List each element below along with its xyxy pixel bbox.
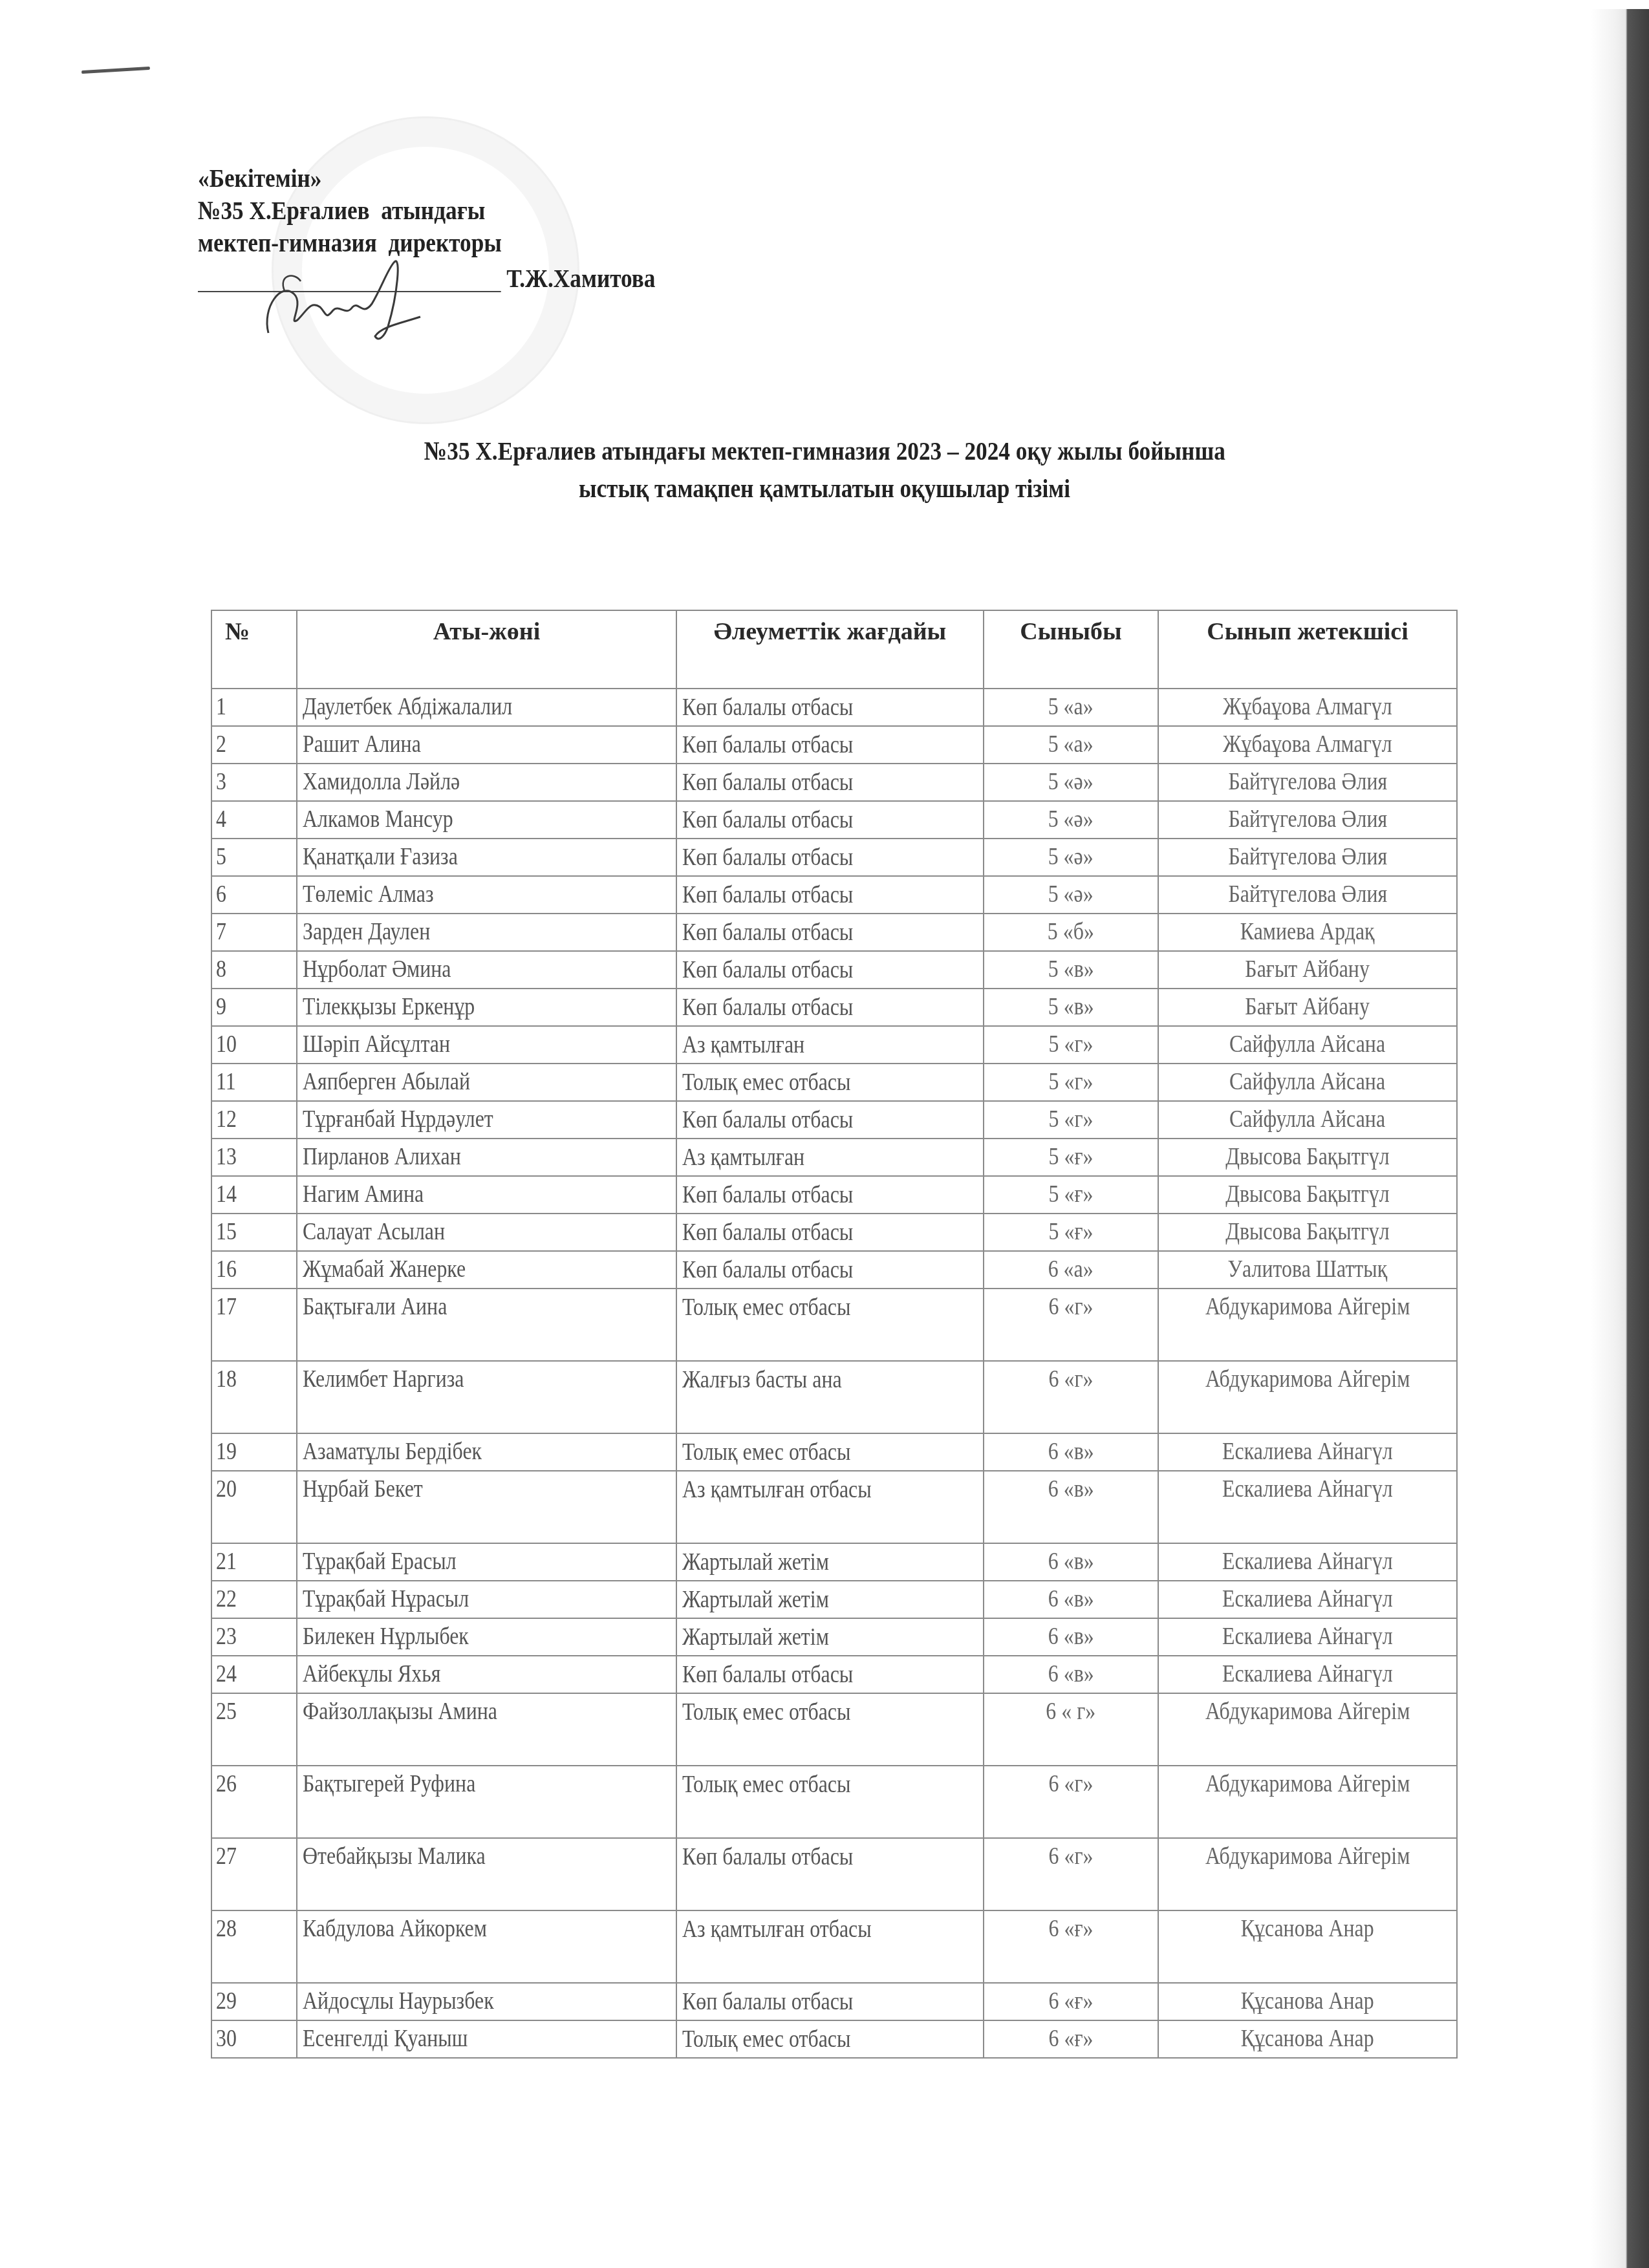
row-number-cell: 18 (211, 1361, 297, 1433)
social-status: Аз қамтылған отбасы (682, 1911, 872, 1947)
class-teacher: Абдукаримова Айгерім (1205, 1694, 1410, 1729)
student-name-cell: Алкамов Мансур (297, 801, 676, 839)
student-name-cell: Аяпберген Абылай (297, 1064, 676, 1101)
row-number: 15 (216, 1214, 237, 1249)
social-status: Толық емес отбасы (682, 1766, 850, 1803)
student-name: Бақтығали Аина (303, 1289, 447, 1324)
row-number-cell: 20 (211, 1471, 297, 1543)
table-row: 7Зарден ДауленКөп балалы отбасы5 «б»Ками… (211, 914, 1457, 951)
row-number-cell: 13 (211, 1139, 297, 1176)
student-name-cell: Пирланов Алихан (297, 1139, 676, 1176)
row-number-cell: 1 (211, 689, 297, 726)
student-name: Билекен Нұрлыбек (303, 1619, 469, 1654)
social-status-cell: Көп балалы отбасы (676, 801, 984, 839)
header-name: Аты-жөні (297, 610, 676, 689)
class-teacher: Жұбаұова Алмагүл (1223, 689, 1392, 724)
table-row: 2Рашит АлинаКөп балалы отбасы5 «а»Жұбаұо… (211, 726, 1457, 764)
class-teacher-cell: Ескалиева Айнагүл (1158, 1471, 1457, 1543)
row-number: 14 (216, 1177, 237, 1212)
social-status-cell: Көп балалы отбасы (676, 914, 984, 951)
class-name: 5 «г» (1049, 1027, 1094, 1062)
class-teacher: Абдукаримова Айгерім (1205, 1289, 1410, 1324)
document-title: №35 Х.Ерғалиев атындағы мектеп-гимназия … (0, 432, 1649, 507)
social-status: Аз қамтылған (682, 1027, 804, 1063)
table-row: 29Айдосұлы НаурызбекКөп балалы отбасы6 «… (211, 1983, 1457, 2020)
class-teacher-cell: Абдукаримова Айгерім (1158, 1693, 1457, 1766)
class-teacher-cell: Двысова Бақытгүл (1158, 1176, 1457, 1214)
table-row: 20Нұрбай БекетАз қамтылған отбасы6 «в»Ес… (211, 1471, 1457, 1543)
row-number: 13 (216, 1139, 237, 1174)
social-status: Көп балалы отбасы (682, 764, 853, 800)
class-name: 5 «г» (1049, 1102, 1094, 1137)
student-name-cell: Бақтыгерей Руфина (297, 1766, 676, 1838)
class-teacher-cell: Құсанова Анар (1158, 2020, 1457, 2058)
social-status-cell: Аз қамтылған (676, 1139, 984, 1176)
class-teacher-cell: Бағыт Айбану (1158, 989, 1457, 1026)
social-status-cell: Көп балалы отбасы (676, 764, 984, 801)
row-number: 28 (216, 1911, 237, 1946)
row-number: 23 (216, 1619, 237, 1654)
class-name-cell: 5 «ғ» (984, 1214, 1158, 1251)
class-name: 6 «ғ» (1049, 2021, 1094, 2056)
class-teacher-cell: Жұбаұова Алмагүл (1158, 689, 1457, 726)
class-teacher-cell: Сайфулла Айсана (1158, 1064, 1457, 1101)
social-status: Көп балалы отбасы (682, 914, 853, 950)
class-name-cell: 6 «в» (984, 1433, 1158, 1471)
table-row: 16Жұмабай ЖанеркеКөп балалы отбасы6 «а»У… (211, 1251, 1457, 1289)
row-number-cell: 6 (211, 876, 297, 914)
social-status-cell: Жартылай жетім (676, 1543, 984, 1581)
student-name-cell: Зарден Даулен (297, 914, 676, 951)
row-number-cell: 11 (211, 1064, 297, 1101)
student-name: Салауат Асылан (303, 1214, 445, 1249)
table-body: 1Даулетбек АбдіжалалилКөп балалы отбасы5… (211, 689, 1457, 2058)
table-row: 13Пирланов АлиханАз қамтылған5 «ғ»Двысов… (211, 1139, 1457, 1176)
row-number: 17 (216, 1289, 237, 1324)
row-number-cell: 5 (211, 839, 297, 876)
student-name-cell: Шәріп Айсұлтан (297, 1026, 676, 1064)
class-teacher: Сайфулла Айсана (1229, 1064, 1385, 1099)
social-status: Жартылай жетім (682, 1581, 829, 1618)
student-name-cell: Нұрболат Әмина (297, 951, 676, 989)
row-number: 24 (216, 1656, 237, 1691)
student-name: Өтебайқызы Малика (303, 1839, 486, 1874)
class-name: 6 «в» (1048, 1656, 1094, 1691)
social-status: Көп балалы отбасы (682, 1656, 853, 1693)
row-number: 2 (216, 727, 226, 762)
class-name: 5 «а» (1048, 689, 1094, 724)
row-number-cell: 25 (211, 1693, 297, 1766)
class-teacher-cell: Абдукаримова Айгерім (1158, 1289, 1457, 1361)
class-name: 5 «ғ» (1049, 1214, 1094, 1249)
social-status: Көп балалы отбасы (682, 802, 853, 838)
class-teacher: Құсанова Анар (1241, 1984, 1374, 2018)
student-name-cell: Қанатқали Ғазиза (297, 839, 676, 876)
table-row: 6Төлеміс АлмазКөп балалы отбасы5 «ә»Байт… (211, 876, 1457, 914)
class-name: 5 «б» (1048, 914, 1094, 949)
class-teacher: Ескалиева Айнагүл (1222, 1581, 1392, 1616)
class-teacher-cell: Бағыт Айбану (1158, 951, 1457, 989)
class-name-cell: 5 «ә» (984, 876, 1158, 914)
class-name-cell: 5 «г» (984, 1026, 1158, 1064)
row-number-cell: 7 (211, 914, 297, 951)
class-teacher: Байтүгелова Әлия (1228, 877, 1387, 912)
social-status-cell: Көп балалы отбасы (676, 951, 984, 989)
row-number: 22 (216, 1581, 237, 1616)
class-name: 5 «в» (1048, 989, 1094, 1024)
class-name: 5 «ғ» (1049, 1139, 1094, 1174)
social-status-cell: Жартылай жетім (676, 1581, 984, 1618)
social-status: Толық емес отбасы (682, 1434, 850, 1470)
row-number: 3 (216, 764, 226, 799)
social-status: Жартылай жетім (682, 1544, 829, 1580)
header-number: № (211, 610, 297, 689)
class-name-cell: 6 «в» (984, 1471, 1158, 1543)
class-teacher-cell: Құсанова Анар (1158, 1983, 1457, 2020)
student-name-cell: Кабдулова Айкоркем (297, 1910, 676, 1983)
row-number-cell: 12 (211, 1101, 297, 1139)
class-teacher: Двысова Бақытгүл (1225, 1139, 1390, 1174)
student-name-cell: Тұрақбай Нұрасыл (297, 1581, 676, 1618)
row-number-cell: 4 (211, 801, 297, 839)
class-teacher-cell: Сайфулла Айсана (1158, 1026, 1457, 1064)
class-name-cell: 6 «г» (984, 1766, 1158, 1838)
class-teacher: Абдукаримова Айгерім (1205, 1839, 1410, 1874)
class-teacher-cell: Ескалиева Айнагүл (1158, 1433, 1457, 1471)
class-name-cell: 6 «в» (984, 1581, 1158, 1618)
social-status-cell: Аз қамтылған (676, 1026, 984, 1064)
student-name: Алкамов Мансур (303, 802, 453, 837)
table-row: 19Азаматұлы БердібекТолық емес отбасы6 «… (211, 1433, 1457, 1471)
social-status-cell: Көп балалы отбасы (676, 839, 984, 876)
row-number: 27 (216, 1839, 237, 1874)
row-number-cell: 2 (211, 726, 297, 764)
student-name-cell: Тұрғанбай Нұрдәулет (297, 1101, 676, 1139)
table-row: 14Нагим АминаКөп балалы отбасы5 «ғ»Двысо… (211, 1176, 1457, 1214)
social-status: Көп балалы отбасы (682, 1984, 853, 2020)
table-row: 17Бақтығали АинаТолық емес отбасы6 «г»Аб… (211, 1289, 1457, 1361)
student-name-cell: Нагим Амина (297, 1176, 676, 1214)
social-status: Көп балалы отбасы (682, 689, 853, 725)
student-name-cell: Билекен Нұрлыбек (297, 1618, 676, 1656)
table-row: 4Алкамов МансурКөп балалы отбасы5 «ә»Бай… (211, 801, 1457, 839)
class-name: 5 «ғ» (1049, 1177, 1094, 1212)
social-status-cell: Көп балалы отбасы (676, 989, 984, 1026)
row-number-cell: 29 (211, 1983, 297, 2020)
social-status: Аз қамтылған отбасы (682, 1471, 872, 1508)
student-name: Есенгелді Қуаныш (303, 2021, 468, 2056)
class-name-cell: 5 «ә» (984, 801, 1158, 839)
class-name: 6 «в» (1048, 1544, 1094, 1579)
table-row: 11Аяпберген АбылайТолық емес отбасы5 «г»… (211, 1064, 1457, 1101)
class-name-cell: 6 «а» (984, 1251, 1158, 1289)
student-name-cell: Даулетбек Абдіжалалил (297, 689, 676, 726)
table-header-row: № Аты-жөні Әлеуметтік жағдайы Сыныбы Сын… (211, 610, 1457, 689)
student-name: Аяпберген Абылай (303, 1064, 470, 1099)
class-teacher: Ескалиева Айнагүл (1222, 1471, 1392, 1506)
social-status-cell: Аз қамтылған отбасы (676, 1471, 984, 1543)
table-row: 3Хамидолла ЛәйләКөп балалы отбасы5 «ә»Ба… (211, 764, 1457, 801)
table-row: 23Билекен НұрлыбекЖартылай жетім6 «в»Еск… (211, 1618, 1457, 1656)
student-name: Бақтыгерей Руфина (303, 1766, 475, 1801)
class-teacher-cell: Ескалиева Айнагүл (1158, 1543, 1457, 1581)
class-teacher: Камиева Ардақ (1240, 914, 1375, 949)
row-number-cell: 19 (211, 1433, 297, 1471)
class-name-cell: 6 «г» (984, 1361, 1158, 1433)
row-number: 18 (216, 1362, 237, 1396)
social-status: Толық емес отбасы (682, 2021, 850, 2057)
social-status: Көп балалы отбасы (682, 989, 853, 1025)
class-teacher: Сайфулла Айсана (1229, 1102, 1385, 1137)
social-status: Толық емес отбасы (682, 1694, 850, 1730)
social-status-cell: Көп балалы отбасы (676, 1251, 984, 1289)
class-name-cell: 6 «в» (984, 1618, 1158, 1656)
social-status-cell: Толық емес отбасы (676, 1693, 984, 1766)
social-status-cell: Жартылай жетім (676, 1618, 984, 1656)
social-status-cell: Толық емес отбасы (676, 1433, 984, 1471)
class-teacher: Ескалиева Айнагүл (1222, 1544, 1392, 1579)
class-teacher-cell: Байтүгелова Әлия (1158, 801, 1457, 839)
row-number: 10 (216, 1027, 237, 1062)
class-teacher: Ескалиева Айнагүл (1222, 1434, 1392, 1469)
class-name-cell: 5 «б» (984, 914, 1158, 951)
row-number: 29 (216, 1984, 237, 2018)
class-name-cell: 5 «в» (984, 951, 1158, 989)
class-teacher-cell: Двысова Бақытгүл (1158, 1214, 1457, 1251)
student-name: Даулетбек Абдіжалалил (303, 689, 512, 724)
class-name: 5 «ә» (1048, 877, 1094, 912)
class-name: 5 «в» (1048, 952, 1094, 987)
class-teacher: Сайфулла Айсана (1229, 1027, 1385, 1062)
class-teacher-cell: Байтүгелова Әлия (1158, 839, 1457, 876)
class-name-cell: 5 «ә» (984, 839, 1158, 876)
class-teacher-cell: Абдукаримова Айгерім (1158, 1838, 1457, 1910)
header-social-status: Әлеуметтік жағдайы (676, 610, 984, 689)
class-teacher: Двысова Бақытгүл (1225, 1214, 1390, 1249)
student-name: Нұрбай Бекет (303, 1471, 423, 1506)
student-name-cell: Есенгелді Қуаныш (297, 2020, 676, 2058)
row-number: 8 (216, 952, 226, 987)
class-teacher-cell: Сайфулла Айсана (1158, 1101, 1457, 1139)
social-status-cell: Толық емес отбасы (676, 1289, 984, 1361)
student-name-cell: Келимбет Наргиза (297, 1361, 676, 1433)
class-name: 6 «г» (1049, 1289, 1094, 1324)
class-name: 5 «г» (1049, 1064, 1094, 1099)
social-status-cell: Көп балалы отбасы (676, 1983, 984, 2020)
table-row: 24Айбекұлы ЯхьяКөп балалы отбасы6 «в»Еск… (211, 1656, 1457, 1693)
social-status: Көп балалы отбасы (682, 1102, 853, 1138)
social-status: Көп балалы отбасы (682, 1214, 853, 1250)
row-number-cell: 8 (211, 951, 297, 989)
table-row: 22Тұрақбай НұрасылЖартылай жетім6 «в»Еск… (211, 1581, 1457, 1618)
class-teacher-cell: Уалитова Шаттық (1158, 1251, 1457, 1289)
row-number: 1 (216, 689, 226, 724)
student-name: Рашит Алина (303, 727, 421, 762)
class-teacher-cell: Байтүгелова Әлия (1158, 764, 1457, 801)
social-status: Аз қамтылған (682, 1139, 804, 1175)
class-name: 6 «ғ» (1049, 1911, 1094, 1946)
approval-position: мектеп-гимназия директоры (198, 226, 502, 259)
class-teacher: Бағыт Айбану (1245, 989, 1370, 1024)
row-number-cell: 30 (211, 2020, 297, 2058)
social-status-cell: Толық емес отбасы (676, 1766, 984, 1838)
table-row: 10Шәріп АйсұлтанАз қамтылған5 «г»Сайфулл… (211, 1026, 1457, 1064)
class-name: 6 «ғ» (1049, 1984, 1094, 2018)
class-teacher-cell: Абдукаримова Айгерім (1158, 1766, 1457, 1838)
pen-mark (81, 67, 150, 74)
social-status-cell: Көп балалы отбасы (676, 1838, 984, 1910)
class-teacher-cell: Байтүгелова Әлия (1158, 876, 1457, 914)
row-number-cell: 23 (211, 1618, 297, 1656)
row-number-cell: 27 (211, 1838, 297, 1910)
row-number: 26 (216, 1766, 237, 1801)
class-teacher: Бағыт Айбану (1245, 952, 1370, 987)
social-status-cell: Көп балалы отбасы (676, 1101, 984, 1139)
class-teacher-cell: Құсанова Анар (1158, 1910, 1457, 1983)
social-status: Көп балалы отбасы (682, 952, 853, 988)
row-number-cell: 16 (211, 1251, 297, 1289)
approval-school: №35 Х.Ерғалиев атындағы (198, 194, 502, 226)
class-teacher: Двысова Бақытгүл (1225, 1177, 1390, 1212)
class-teacher: Ескалиева Айнагүл (1222, 1656, 1392, 1691)
row-number: 11 (216, 1064, 236, 1099)
row-number: 12 (216, 1102, 237, 1137)
row-number: 6 (216, 877, 226, 912)
social-status: Көп балалы отбасы (682, 839, 853, 875)
class-name-cell: 5 «в» (984, 989, 1158, 1026)
social-status-cell: Көп балалы отбасы (676, 726, 984, 764)
class-teacher: Абдукаримова Айгерім (1205, 1362, 1410, 1396)
row-number: 16 (216, 1252, 237, 1287)
class-name: 5 «а» (1048, 727, 1094, 762)
table-row: 12Тұрғанбай НұрдәулетКөп балалы отбасы5 … (211, 1101, 1457, 1139)
student-name: Кабдулова Айкоркем (303, 1911, 487, 1946)
class-name: 6 «в» (1048, 1581, 1094, 1616)
student-name: Нұрболат Әмина (303, 952, 451, 987)
class-teacher: Жұбаұова Алмагүл (1223, 727, 1392, 762)
student-name-cell: Тұрақбай Ерасыл (297, 1543, 676, 1581)
class-teacher-cell: Ескалиева Айнагүл (1158, 1618, 1457, 1656)
row-number-cell: 28 (211, 1910, 297, 1983)
row-number: 25 (216, 1694, 237, 1729)
row-number-cell: 21 (211, 1543, 297, 1581)
row-number-cell: 24 (211, 1656, 297, 1693)
student-name: Жұмабай Жанерке (303, 1252, 466, 1287)
social-status: Көп балалы отбасы (682, 727, 853, 763)
social-status: Жалғыз басты ана (682, 1362, 842, 1398)
class-name: 6 «в» (1048, 1434, 1094, 1469)
student-name: Хамидолла Ләйлә (303, 764, 460, 799)
social-status: Көп балалы отбасы (682, 1177, 853, 1213)
row-number-cell: 9 (211, 989, 297, 1026)
scan-edge-shadow (1591, 9, 1649, 2268)
class-name-cell: 6 «в» (984, 1656, 1158, 1693)
class-name: 6 «а» (1048, 1252, 1094, 1287)
table-row: 21Тұрақбай ЕрасылЖартылай жетім6 «в»Еска… (211, 1543, 1457, 1581)
social-status: Толық емес отбасы (682, 1289, 850, 1325)
table-row: 27Өтебайқызы МаликаКөп балалы отбасы6 «г… (211, 1838, 1457, 1910)
social-status-cell: Аз қамтылған отбасы (676, 1910, 984, 1983)
social-status-cell: Жалғыз басты ана (676, 1361, 984, 1433)
student-name-cell: Тілекқызы Еркенұр (297, 989, 676, 1026)
student-name-cell: Айбекұлы Яхья (297, 1656, 676, 1693)
social-status: Көп балалы отбасы (682, 1839, 853, 1875)
table-row: 9Тілекқызы ЕркенұрКөп балалы отбасы5 «в»… (211, 989, 1457, 1026)
social-status: Толық емес отбасы (682, 1064, 850, 1100)
signature-icon (249, 255, 424, 346)
student-name: Пирланов Алихан (303, 1139, 461, 1174)
students-table: № Аты-жөні Әлеуметтік жағдайы Сыныбы Сын… (211, 610, 1458, 2059)
student-name: Айбекұлы Яхья (303, 1656, 440, 1691)
social-status: Көп балалы отбасы (682, 877, 853, 913)
social-status-cell: Көп балалы отбасы (676, 1656, 984, 1693)
class-name-cell: 5 «г» (984, 1064, 1158, 1101)
table-row: 15Салауат АсыланКөп балалы отбасы5 «ғ»Дв… (211, 1214, 1457, 1251)
class-teacher: Байтүгелова Әлия (1228, 764, 1387, 799)
row-number-cell: 14 (211, 1176, 297, 1214)
student-name: Төлеміс Алмаз (303, 877, 434, 912)
row-number-cell: 3 (211, 764, 297, 801)
class-name-cell: 5 «а» (984, 726, 1158, 764)
student-name: Тілекқызы Еркенұр (303, 989, 475, 1024)
class-name-cell: 5 «ғ» (984, 1139, 1158, 1176)
class-teacher: Байтүгелова Әлия (1228, 802, 1387, 837)
class-name-cell: 6 «ғ» (984, 2020, 1158, 2058)
student-name: Файзоллақызы Амина (303, 1694, 497, 1729)
class-name: 6 « г» (1046, 1694, 1096, 1729)
header-class-teacher: Сынып жетекшісі (1158, 610, 1457, 689)
class-name: 5 «ә» (1048, 764, 1094, 799)
student-name: Шәріп Айсұлтан (303, 1027, 450, 1062)
class-name-cell: 5 «ә» (984, 764, 1158, 801)
student-name: Тұрғанбай Нұрдәулет (303, 1102, 493, 1137)
row-number: 19 (216, 1434, 237, 1469)
class-teacher-cell: Жұбаұова Алмагүл (1158, 726, 1457, 764)
table-row: 5Қанатқали ҒазизаКөп балалы отбасы5 «ә»Б… (211, 839, 1457, 876)
signer-name: Т.Ж.Хамитова (506, 262, 655, 294)
student-name-cell: Жұмабай Жанерке (297, 1251, 676, 1289)
row-number: 20 (216, 1471, 237, 1506)
social-status: Көп балалы отбасы (682, 1252, 853, 1288)
class-name: 5 «ә» (1048, 839, 1094, 874)
class-teacher: Байтүгелова Әлия (1228, 839, 1387, 874)
title-line-1: №35 Х.Ерғалиев атындағы мектеп-гимназия … (424, 432, 1225, 469)
class-teacher-cell: Двысова Бақытгүл (1158, 1139, 1457, 1176)
student-name: Тұрақбай Ерасыл (303, 1544, 457, 1579)
row-number-cell: 22 (211, 1581, 297, 1618)
row-number-cell: 10 (211, 1026, 297, 1064)
class-name-cell: 6 «в» (984, 1543, 1158, 1581)
social-status: Жартылай жетім (682, 1619, 829, 1655)
class-name-cell: 6 «ғ» (984, 1910, 1158, 1983)
class-name-cell: 5 «ғ» (984, 1176, 1158, 1214)
class-name: 6 «в» (1048, 1471, 1094, 1506)
student-name-cell: Төлеміс Алмаз (297, 876, 676, 914)
approval-heading: «Бекітемін» (198, 162, 502, 194)
student-name-cell: Бақтығали Аина (297, 1289, 676, 1361)
row-number: 7 (216, 914, 226, 949)
class-teacher-cell: Камиева Ардақ (1158, 914, 1457, 951)
class-teacher: Құсанова Анар (1241, 2021, 1374, 2056)
class-teacher: Абдукаримова Айгерім (1205, 1766, 1410, 1801)
table-row: 25Файзоллақызы АминаТолық емес отбасы6 «… (211, 1693, 1457, 1766)
class-teacher: Ескалиева Айнагүл (1222, 1619, 1392, 1654)
class-name-cell: 6 «г» (984, 1838, 1158, 1910)
social-status-cell: Толық емес отбасы (676, 2020, 984, 2058)
table-row: 1Даулетбек АбдіжалалилКөп балалы отбасы5… (211, 689, 1457, 726)
table-row: 30Есенгелді ҚуанышТолық емес отбасы6 «ғ»… (211, 2020, 1457, 2058)
table-row: 18Келимбет НаргизаЖалғыз басты ана6 «г»А… (211, 1361, 1457, 1433)
